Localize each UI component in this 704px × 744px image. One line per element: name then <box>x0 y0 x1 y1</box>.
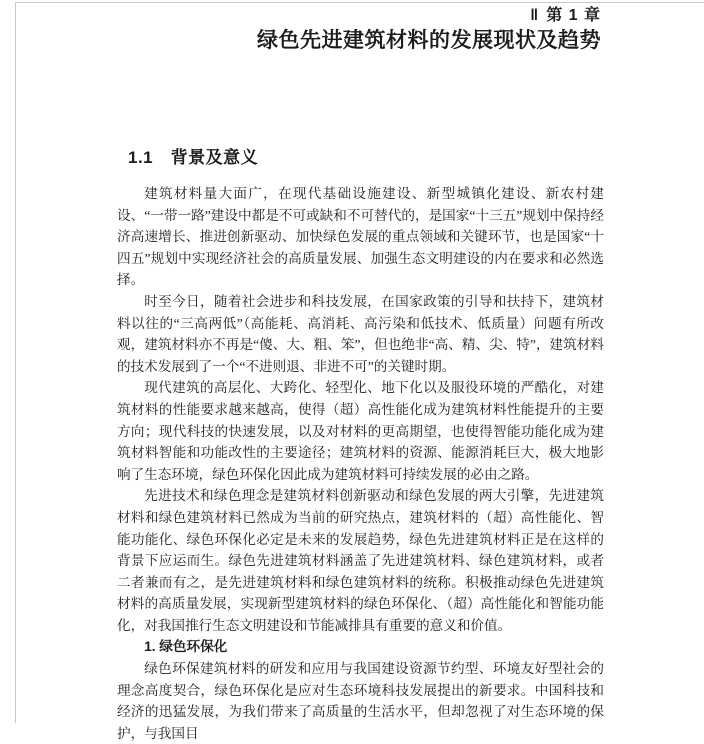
chapter-marker-bars-icon: ‖ <box>530 7 539 25</box>
body-text: 建筑材料量大面广，在现代基础设施建设、新型城镇化建设、新农村建设、“一带一路”建… <box>117 183 604 704</box>
chapter-title: 绿色先进建筑材料的发展现状及趋势 <box>0 24 601 54</box>
chapter-marker: ‖第 1 章 <box>0 2 601 25</box>
paragraph-1: 建筑材料量大面广，在现代基础设施建设、新型城镇化建设、新农村建设、“一带一路”建… <box>117 183 604 291</box>
chapter-number: 第 1 章 <box>546 7 601 24</box>
subsection-heading: 1. 绿色环保化 <box>117 636 604 658</box>
paragraph-4: 先进技术和绿色理念是建筑材料创新驱动和绿色发展的两大引擎，先进建筑材料和绿色建筑… <box>117 485 604 636</box>
paragraph-2: 时至今日，随着社会进步和科技发展，在国家政策的引导和扶持下，建筑材料以往的“三高… <box>117 291 604 377</box>
paragraph-3: 现代建筑的高层化、大跨化、轻型化、地下化以及服役环境的严酷化，对建筑材料的性能要… <box>117 377 604 485</box>
paragraph-5: 绿色环保建筑材料的研发和应用与我国建设资源节约型、环境友好型社会的理念高度契合，… <box>117 658 604 704</box>
section-heading: 1.1 背景及意义 <box>128 143 258 168</box>
